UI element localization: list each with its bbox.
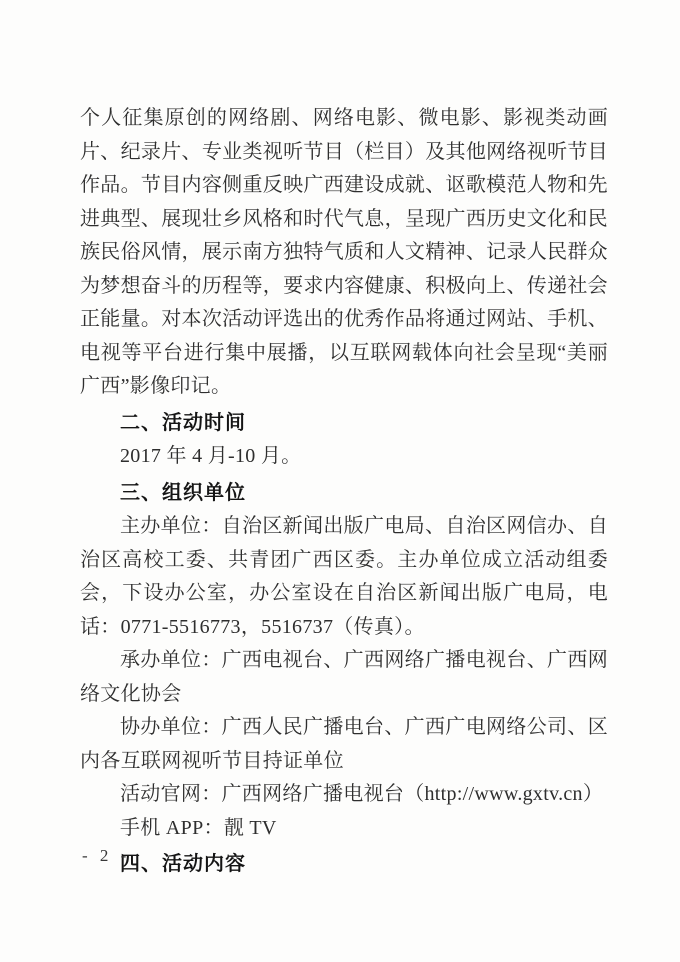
- heading-activity-time: 二、活动时间: [80, 407, 608, 441]
- heading-organizing-units: 三、组织单位: [80, 477, 608, 511]
- paragraph-mobile-app: 手机 APP：靓 TV: [80, 812, 608, 846]
- paragraph-collection-scope: 个人征集原创的网络剧、网络电影、微电影、影视类动画片、纪录片、专业类视听节目（栏…: [80, 102, 608, 404]
- paragraph-undertaking-units: 承办单位：广西电视台、广西网络广播电视台、广西网络文化协会: [80, 644, 608, 711]
- heading-activity-content: 四、活动内容: [80, 848, 608, 882]
- paragraph-official-website: 活动官网：广西网络广播电视台（http://www.gxtv.cn）: [80, 778, 608, 812]
- document-page: 个人征集原创的网络剧、网络电影、微电影、影视类动画片、纪录片、专业类视听节目（栏…: [0, 0, 680, 962]
- page-number: - 2 -: [82, 846, 130, 866]
- paragraph-co-organizing-units: 协办单位：广西人民广播电台、广西广电网络公司、区内各互联网视听节目持证单位: [80, 711, 608, 778]
- paragraph-activity-time: 2017 年 4 月-10 月。: [80, 440, 608, 474]
- paragraph-host-units: 主办单位：自治区新闻出版广电局、自治区网信办、自治区高校工委、共青团广西区委。主…: [80, 510, 608, 644]
